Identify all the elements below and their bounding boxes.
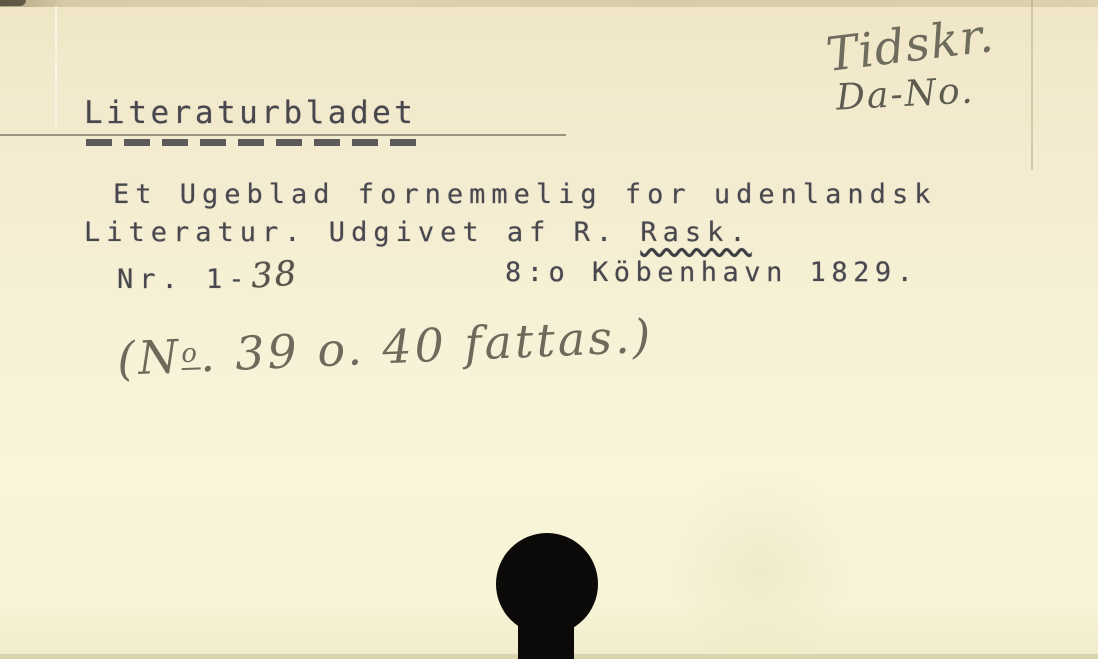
right-edge-line (1031, 0, 1033, 170)
note-ordinal-o: o (181, 340, 201, 370)
description-line-2: Literatur. Udgivet af R. Rask. (84, 217, 752, 248)
issue-range-handwritten-number: 38 (249, 253, 299, 296)
issue-range-typed: Nr. 1- (117, 264, 251, 295)
issue-range: Nr. 1-38 (117, 257, 298, 297)
handwritten-missing-issues-note: (No. 39 o. 40 fattas.) (116, 309, 654, 386)
imprint-format-place-year: 8:o Köbenhavn 1829. (505, 257, 918, 288)
note-prefix: (N (116, 329, 182, 386)
title-dashed-underline (86, 139, 428, 146)
description-line-2-text: Literatur. Udgivet af R. (84, 217, 640, 248)
description-line-1: Et Ugeblad fornemmelig for udenlandsk (113, 179, 936, 210)
author-name-emphasized: Rask. (640, 217, 751, 248)
card-title: Literaturbladet (84, 95, 416, 131)
heading-rule-line (0, 134, 566, 136)
handwritten-category-da-no: Da-No. (835, 70, 975, 118)
left-crease-line (55, 6, 57, 126)
note-rest: . 39 o. 40 fattas.) (199, 309, 655, 383)
card-top-edge-shadow (0, 0, 1098, 7)
punch-hole-slot (518, 598, 574, 659)
top-left-corner-speck (0, 0, 26, 6)
catalog-card: Tidskr. Da-No. Literaturbladet Et Ugebla… (0, 0, 1098, 659)
